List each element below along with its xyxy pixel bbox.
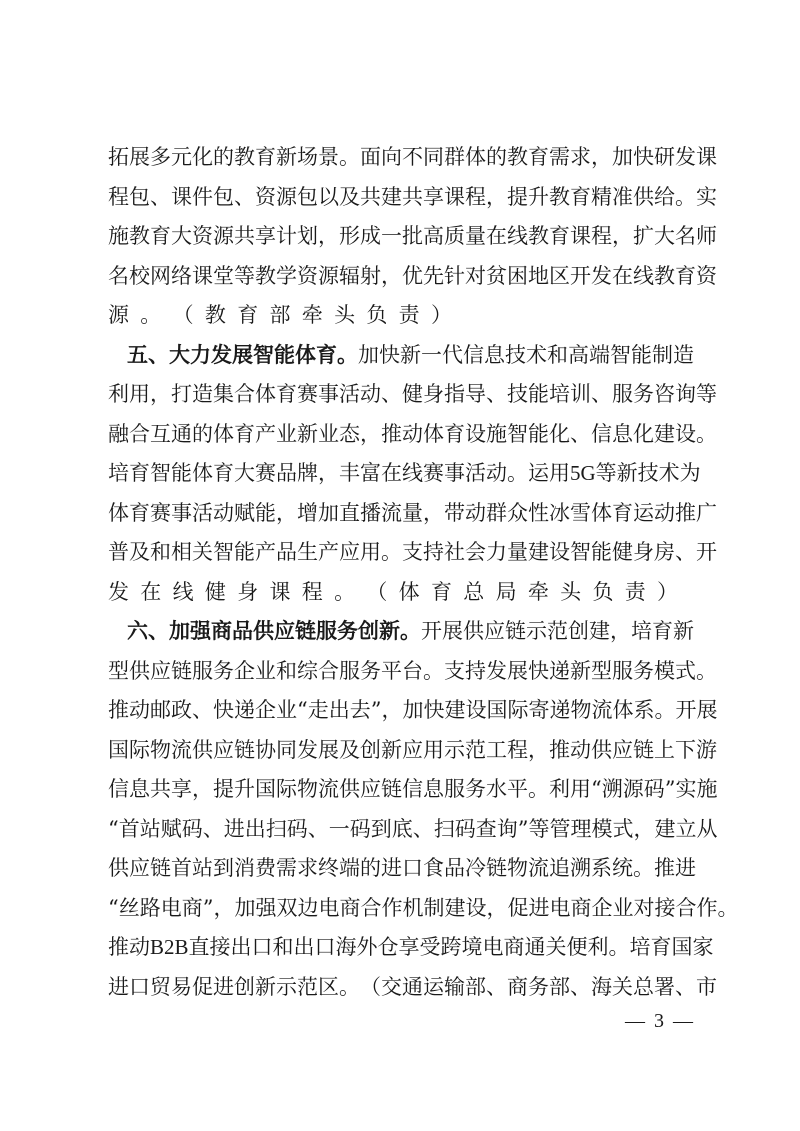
text-line: 程包、课件包、资源包以及共建共享课程，提升教育精准供给。实 [108, 178, 694, 218]
text-line: 体育赛事活动赋能，增加直播流量，带动群众性冰雪体育运动推广 [108, 494, 694, 534]
paragraph-education-continued: 拓展多元化的教育新场景。面向不同群体的教育需求，加快研发课程包、课件包、资源包以… [108, 138, 694, 336]
text-line: 信息共享，提升国际物流供应链信息服务水平。利用“溯源码”实施 [108, 770, 694, 810]
text-line: 拓展多元化的教育新场景。面向不同群体的教育需求，加快研发课 [108, 138, 694, 178]
paragraph-smart-sports: 五、大力发展智能体育。加快新一代信息技术和高端智能制造利用，打造集合体育赛事活动… [108, 336, 694, 613]
text-line: 施教育大资源共享计划，形成一批高质量在线教育课程，扩大名师 [108, 217, 694, 257]
page-number: — 3 — [620, 1010, 700, 1033]
body-text: 拓展多元化的教育新场景。面向不同群体的教育需求，加快研发课程包、课件包、资源包以… [108, 138, 694, 1007]
document-page: 拓展多元化的教育新场景。面向不同群体的教育需求，加快研发课程包、课件包、资源包以… [0, 0, 800, 1131]
text-line: “丝路电商”，加强双边电商合作机制建设，促进电商企业对接合作。 [108, 889, 694, 929]
text-line: 发在线健身课程。（体育总局牵头负责） [108, 573, 694, 613]
text-line: 推动B2B直接出口和出口海外仓享受跨境电商通关便利。培育国家 [108, 928, 694, 968]
text-line: 源。（教育部牵头负责） [108, 296, 694, 336]
text-line: 六、加强商品供应链服务创新。开展供应链示范创建，培育新 [108, 612, 694, 652]
text-line: 利用，打造集合体育赛事活动、健身指导、技能培训、服务咨询等 [108, 375, 694, 415]
text-line: 普及和相关智能产品生产应用。支持社会力量建设智能健身房、开 [108, 533, 694, 573]
text-line: “首站赋码、进出扫码、一码到底、扫码查询”等管理模式，建立从 [108, 810, 694, 850]
text-line: 供应链首站到消费需求终端的进口食品冷链物流追溯系统。推进 [108, 849, 694, 889]
text-line: 型供应链服务企业和综合服务平台。支持发展快递新型服务模式。 [108, 652, 694, 692]
text-line: 融合互通的体育产业新业态，推动体育设施智能化、信息化建设。 [108, 415, 694, 455]
text-line: 推动邮政、快递企业“走出去”，加快建设国际寄递物流体系。开展 [108, 691, 694, 731]
text-line: 进口贸易促进创新示范区。（交通运输部、商务部、海关总署、市 [108, 968, 694, 1008]
paragraph-supply-chain: 六、加强商品供应链服务创新。开展供应链示范创建，培育新型供应链服务企业和综合服务… [108, 612, 694, 1007]
text-line: 五、大力发展智能体育。加快新一代信息技术和高端智能制造 [108, 336, 694, 376]
text-line: 培育智能体育大赛品牌，丰富在线赛事活动。运用5G等新技术为 [108, 454, 694, 494]
text-line: 国际物流供应链协同发展及创新应用示范工程，推动供应链上下游 [108, 731, 694, 771]
text-line: 名校网络课堂等教学资源辐射，优先针对贫困地区开发在线教育资 [108, 257, 694, 297]
